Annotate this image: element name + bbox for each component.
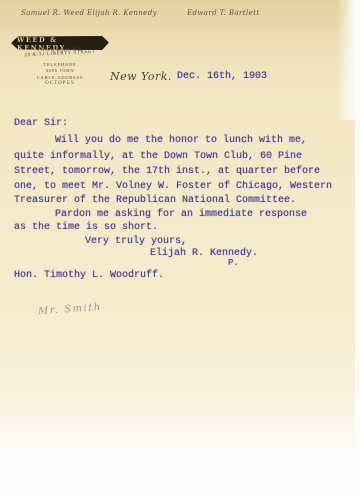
pencil-note: Mr. Smith <box>38 302 102 317</box>
cable-label: CABLE ADDRESS <box>11 75 109 80</box>
signature-line: Elijah R. Kennedy. <box>150 248 258 259</box>
closing-line: Very truly yours, <box>85 236 187 247</box>
partner-name-weed: Samuel R. Weed <box>21 9 84 17</box>
partner-name-bartlett: Edward T. Bartlett <box>187 9 260 17</box>
city-line: New York. <box>110 70 172 83</box>
telephone-label: TELEPHONE <box>11 62 109 67</box>
paper-edge-fade <box>337 0 355 120</box>
body-line: one, to meet Mr. Volney W. Foster of Chi… <box>14 181 332 192</box>
body-line: as the time is so short. <box>14 222 158 233</box>
body-line: Pardon me asking for an immediate respon… <box>55 209 307 220</box>
date-line: Dec. 16th, 1903 <box>177 71 267 82</box>
partner-name-kennedy: Elijah R. Kennedy <box>87 9 157 17</box>
recipient-line: Hon. Timothy L. Woodruff. <box>14 270 164 281</box>
letterhead-details: INSURANCE 29 & 31 LIBERTY STREET TELEPHO… <box>11 48 109 87</box>
body-line: quite informally, at the Down Town Club,… <box>14 151 302 162</box>
salutation: Dear Sir: <box>14 118 68 129</box>
cable-name: OCTOPUS <box>11 81 109 86</box>
body-line: Will you do me the honor to lunch with m… <box>55 135 307 146</box>
body-line: Street, tomorrow, the 17th inst., at qua… <box>14 166 320 177</box>
body-line: Treasurer of the Republican National Com… <box>14 195 296 206</box>
letter-paper: Samuel R. Weed Elijah R. Kennedy Edward … <box>0 0 355 468</box>
signature-initial: P. <box>228 258 239 268</box>
telephone-number: 4086 JOHN <box>11 68 109 73</box>
